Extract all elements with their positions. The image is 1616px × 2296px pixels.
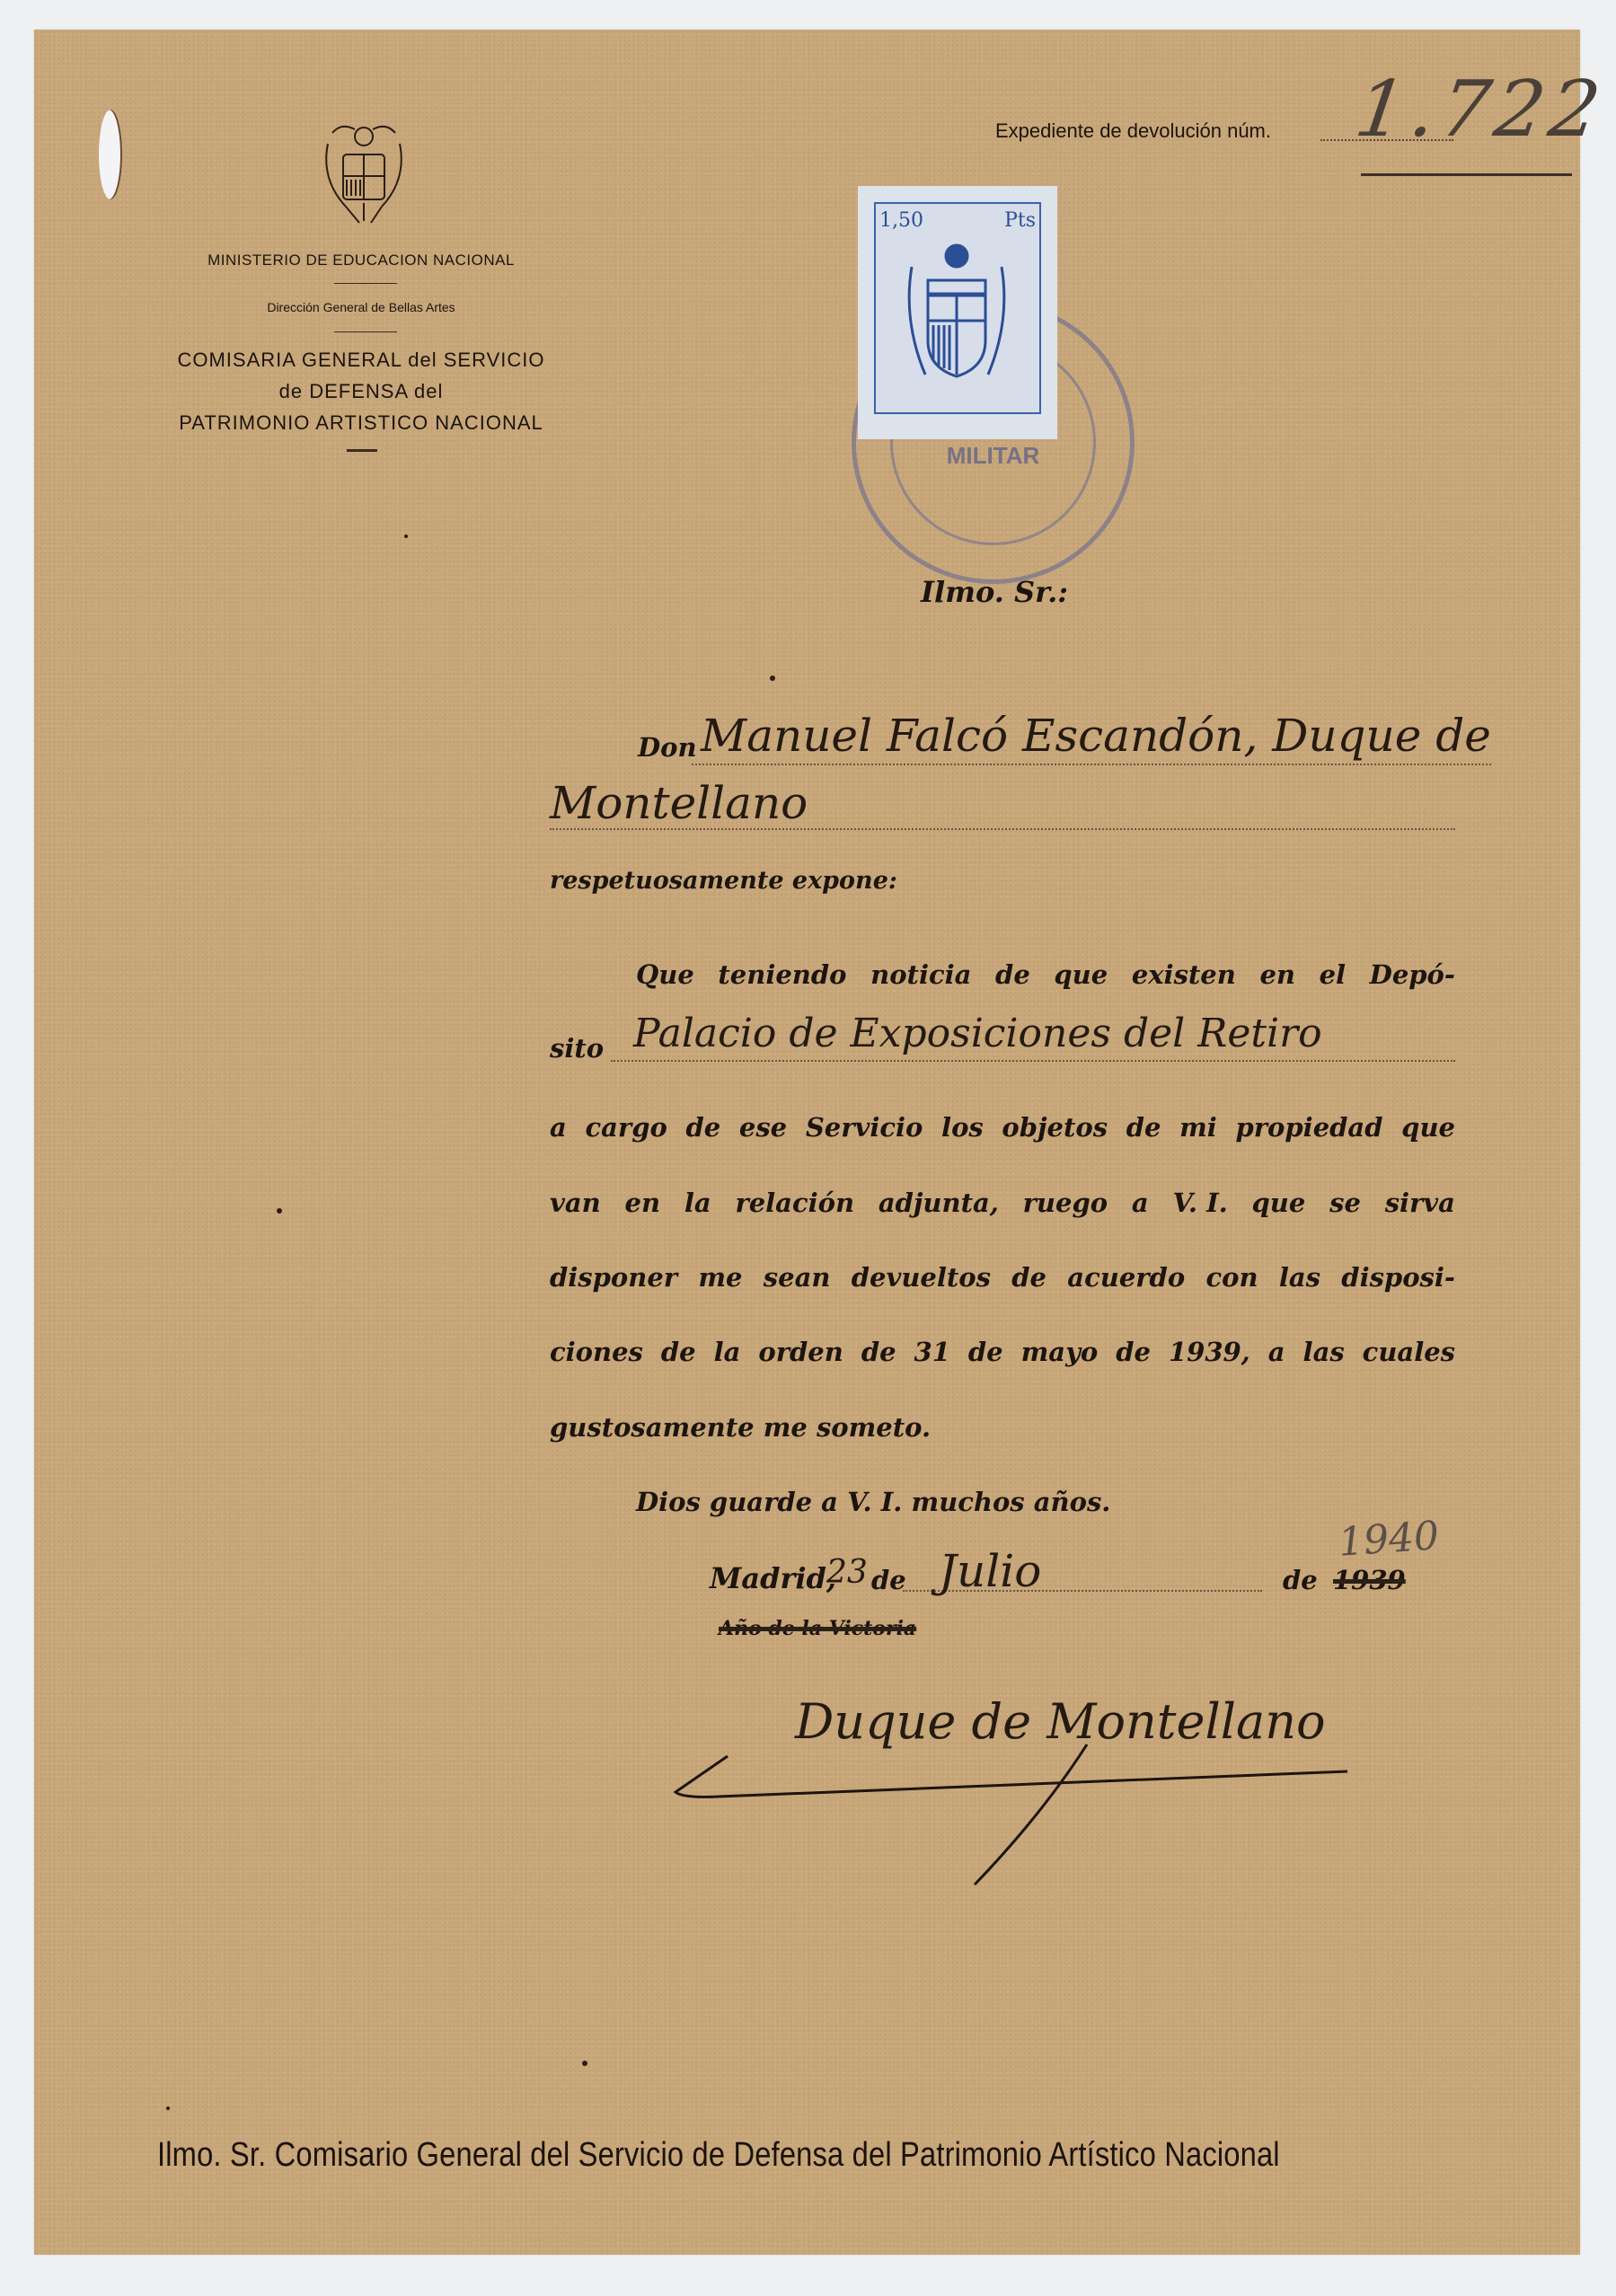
deposit-location: Palacio de Exposiciones del Retiro [633,1011,1322,1056]
file-number-value: 1.722 [1350,65,1611,155]
seal-center-line-2: MILITAR [856,442,1130,470]
date-de: de [871,1565,906,1595]
closing: Dios guarde a V. I. muchos años. [636,1487,1110,1517]
paper-speck [582,2061,587,2066]
dotted-line [692,764,1491,765]
body-line-4: vanenlarelaciónadjunta,ruegoaV. I.queses… [550,1188,1455,1218]
commission-line-2: de DEFENSA del [110,375,613,407]
body-line-5: disponermeseandevueltosdeacuerdoconlasdi… [550,1262,1455,1293]
signature-flourish [665,1734,1365,1895]
commission-line-1: COMISARIA GENERAL del SERVICIO [110,344,613,375]
salutation: Ilmo. Sr.: [921,575,1068,609]
handwritten-year: 1940 [1337,1513,1440,1566]
file-number-label: Expediente de devolución núm. [995,119,1271,143]
paper-speck [166,2106,170,2110]
divider [334,283,397,284]
divider [334,331,397,332]
paper-speck [404,534,408,538]
body-line-3: acargodeeseServiciolosobjetosdemipropied… [550,1112,1455,1143]
petitioner-name-line-2: Montellano [550,777,808,829]
stamp-currency: Pts [1004,209,1036,232]
struck-motto: Año de la Victoria [719,1617,916,1640]
stamp-value: 1,50 [879,209,923,232]
printed-year: 1939 [1333,1565,1406,1595]
body-line-1: QueteniendonoticiadequeexistenenelDepó- [636,959,1455,990]
commission-line-3: PATRIMONIO ARTISTICO NACIONAL [110,407,613,438]
divider [347,449,377,452]
footer-addressee: Ilmo. Sr. Comisario General del Servicio… [157,2136,1280,2175]
petitioner-name-line-1: Manuel Falcó Escandón, Duque de [701,710,1491,762]
coat-of-arms-icon [314,117,413,229]
date-de-2: de [1283,1565,1318,1595]
revenue-stamp: 1,50 Pts [858,186,1057,439]
file-number-underline [1361,173,1572,176]
date-city: Madrid, [710,1561,836,1595]
punch-hole [99,110,122,199]
stamp-emblem-icon [903,240,1011,393]
body-line-2-prefix: sito [550,1033,604,1064]
dotted-line [611,1060,1455,1062]
direction-name: Dirección General de Bellas Artes [137,300,586,314]
body-line-7: gustosamente me someto. [550,1412,931,1443]
ministry-name: MINISTERIO DE EDUCACION NACIONAL [137,252,586,269]
body-line-6: cionesdelaordende31demayode1939,alascual… [550,1337,1455,1367]
date-day: 23 [826,1554,868,1591]
paper-speck [277,1208,282,1214]
date-month: Julio [939,1545,1041,1597]
petitioner-prefix: Don [638,732,697,763]
paper-speck [770,676,775,681]
body-intro: respetuosamente expone: [550,867,897,895]
